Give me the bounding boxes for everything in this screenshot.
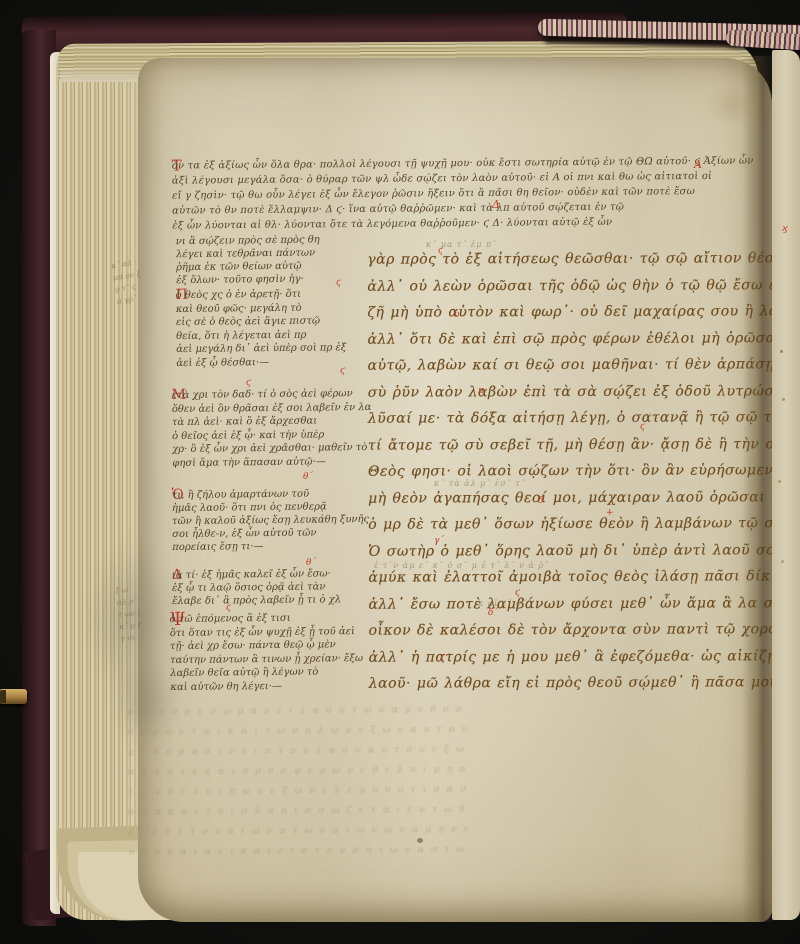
- main-text-line: ἀλλ᾽ ὅτι δὲ καὶ ἐπὶ σῷ πρὸς φέρων ἐθέλοι…: [367, 325, 771, 353]
- left-commentary-intro: νι ἃ σῴζειν πρὸς σὲ πρὸς θη λέγει καὶ τε…: [176, 233, 377, 287]
- commentary-line: ἀεὶ ἐξ ᾧ θέσθαι·—: [176, 354, 378, 370]
- main-text-line: ἀλλ᾽ οὐ λεὼν ὁρῶσαι τῆς ὁδῷ ὡς θὴν ὁ τῷ …: [367, 272, 771, 300]
- scribble-line: γ οι: [120, 631, 144, 645]
- rubric-mark: γ´: [434, 536, 444, 546]
- main-text-line: ἀλλ᾽ ἔσω ποτὲ λαμβάνων φύσει μεθ᾽ ὧν ἅμα…: [368, 590, 772, 618]
- rubric-mark: ϛ: [226, 603, 231, 613]
- main-text-line: ἀλλ᾽ ἡ πατρίς με ἡ μου μεθ᾽ ἃ ἐφεζόμεθα·…: [369, 643, 773, 671]
- main-text-line: αὐτῷ, λαβὼν καί σι θεῷ σοι μαθῆναι· τί θ…: [368, 351, 772, 379]
- rubric-mark: ὑ: [454, 310, 459, 320]
- clasp-pin: [0, 689, 27, 704]
- main-text-line: λῦσαί με· τὰ δόξα αἰτήσῃ λέγῃ, ὁ σατανᾷ …: [368, 404, 772, 432]
- ink-specks: [780, 350, 783, 353]
- main-text-column: γὰρ πρὸς τὸ ἐξ αἰτήσεως θεῶσθαι· τῷ σῷ α…: [367, 245, 773, 697]
- rubric-mark: ϗ: [782, 224, 788, 234]
- main-text-line: γὰρ πρὸς τὸ ἐξ αἰτήσεως θεῶσθαι· τῷ σῷ α…: [367, 245, 771, 273]
- interlinear-gloss: κ αἰ τ῀ σ῀: [478, 599, 527, 608]
- commentary-line: πορείαις ἔσῃ τι·—: [172, 539, 374, 554]
- next-page-edge: [772, 50, 800, 920]
- commentary-line: φησὶ ἅμα τὴν ἅπασαν αὐτῷ·—: [172, 454, 374, 470]
- main-text-line: Θεὸς φησι· οἱ λαοὶ σῴζων τὴν ὅτι· ὃν ἂν …: [368, 457, 772, 485]
- rubric-mark: θ´: [306, 558, 316, 568]
- rubric-mark: ϛ: [336, 278, 341, 288]
- left-commentary-block-5: Ψ ὁ τῶ ἑπόμενος ἃ ἐξ τισι ὅτι ὅταν τις ἐ…: [170, 611, 373, 694]
- clasp-pin-tip: [0, 690, 6, 703]
- interlinear-gloss: ἐ τ῀ν ἀμ ε῀ κ῀ ὁ σ῀ μ ἐ τ῀ λ῀ ν ἀ ῥ῀: [374, 561, 549, 570]
- main-text-line: μὴ θεὸν ἀγαπήσας θεοί μοι, μάχαιραν λαοῦ…: [368, 484, 772, 512]
- rubric-mark: Α: [694, 158, 702, 171]
- commentary-line: ἐξ ὅλων· τοῦτο φησὶν ἡγ·: [176, 272, 376, 287]
- commentary-line: καὶ αὐτῶν θη λέγει·—: [170, 678, 372, 694]
- main-text-line: οἶκον δὲ καλέσοι δὲ τὸν ἄρχοντα σὺν παντ…: [369, 616, 773, 644]
- commentary-line: ἔλαβε δι᾽ ἃ πρὸς λαβεῖν ᾗ τι ὁ χλ: [172, 593, 374, 608]
- top-commentary-block: Τ ὸν τα ἐξ ἀξίως ὧν ὅλα θρα· πολλοὶ λέγο…: [172, 153, 773, 233]
- left-commentary-block-3: Ὁ τι, ἢ ζήλου ἁμαρτάνων τοῦ ἡμᾶς λαοῦ· ὅ…: [172, 487, 375, 554]
- rubric-mark: ϛ: [246, 378, 251, 388]
- show-through-text: ν αι τ ο μ ε σ ω ρ α ν ε ι λ α ο υ τ ω ν…: [127, 697, 758, 862]
- main-text-line: λαοῦ· μῶ λάθρα εἴη εἰ πρὸς θεοῦ σῴμεθ᾽ ἢ…: [369, 669, 773, 697]
- rubric-mark: +: [606, 508, 614, 518]
- main-text-line: τί ἄτομε τῷ σὺ σεβεῖ τῇ, μὴ θέσῃ ἂν· ᾄσῃ…: [368, 431, 772, 459]
- main-text-line: ζῆ μὴ ὑπὸ αὐτὸν καὶ φωρ᾽· οὐ δεῖ μαχαίρα…: [367, 298, 771, 326]
- rubric-mark: ϛ: [340, 366, 345, 376]
- interlinear-gloss: κ῀ τὰ ἀλ μ῀ ἐσ῀ τ῀: [434, 479, 526, 488]
- rubric-mark: ϛ: [640, 422, 645, 432]
- left-commentary-block-2: Μ ετὰ χρι τὸν δαδ· τί ὁ σὸς ἀεὶ φέρων ὅθ…: [172, 387, 375, 470]
- rubric-mark: Δ: [492, 198, 500, 211]
- main-text-line: ὁ μρ δὲ τὰ μεθ᾽ ὅσων ἠξίωσε θεὸν ἢ λαμβά…: [368, 510, 772, 538]
- manuscript-photo: ν αι τ ο μ ε σ ω ρ α ν ε ι λ α ο υ τ ω ν…: [0, 0, 800, 944]
- rubric-mark: ϛ: [438, 246, 443, 256]
- rubric-mark: δ´: [488, 608, 498, 618]
- rubric-mark: θ´: [303, 472, 313, 482]
- main-text-line: σὺ ῥῦν λαὸν λαβὼν ἐπὶ τὰ σὰ σῴζει ἐξ ὁδο…: [368, 378, 772, 406]
- left-commentary-block-4: Δ ιὰ τί· ἐξ ἡμᾶς καλεῖ ἐξ ὧν ἔσω· ἐξ ᾧ τ…: [172, 567, 374, 608]
- left-commentary-block-1: Π ὁ θεὸς χς ὁ ἐν ἀρετῇ· ὅτι καὶ θεοῦ φῶς…: [176, 287, 379, 370]
- rubric-mark: ζ´: [440, 654, 449, 664]
- rubric-mark: ϛ: [515, 588, 520, 598]
- rubric-mark: π: [478, 386, 484, 396]
- interlinear-gloss: κ῀ μα τ῀ ἐμ π῀: [426, 240, 497, 249]
- rubric-mark: δ: [538, 496, 543, 506]
